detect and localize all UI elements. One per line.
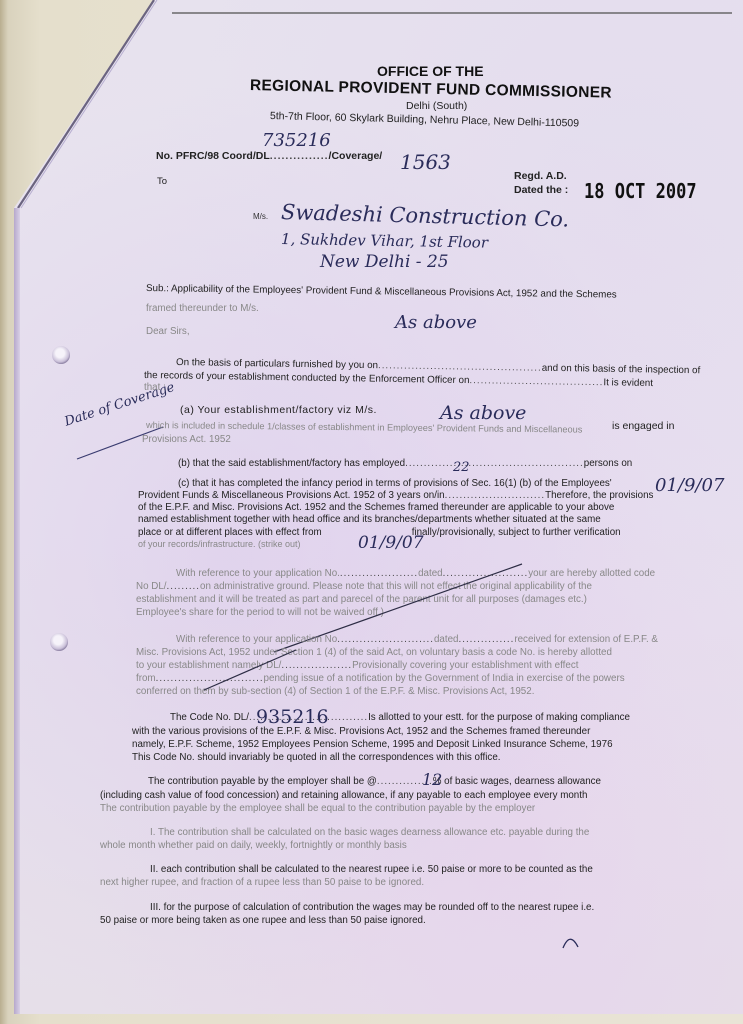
basis-text-2b: It is evident <box>603 377 653 389</box>
dated-label: Dated the : <box>514 184 568 196</box>
para-c-line6: of your records/infrastructure. (strike … <box>138 539 301 549</box>
reference-number: No. PFRC/98 Coord/DL.............../Cove… <box>156 150 382 162</box>
page-left-edge <box>14 208 20 1014</box>
para-a-line1b: is engaged in <box>612 420 674 432</box>
para-c-line1: (c) that it has completed the infancy pe… <box>178 478 612 489</box>
para-a-line3: Provisions Act. 1952 <box>142 434 231 445</box>
clause-ii-line1: II. each contribution shall be calculate… <box>150 864 593 875</box>
para-b-line1: (b) that the said establishment/factory … <box>178 458 632 469</box>
contrib-line2: (including cash value of food concession… <box>100 790 587 801</box>
pen-mark <box>560 933 584 951</box>
annotation-underline <box>75 425 165 465</box>
reference-prefix: No. PFRC/98 Coord/DL <box>156 150 270 162</box>
ms-prefix: M/s. <box>253 212 268 221</box>
para-b-employee-count: 22 <box>453 460 470 475</box>
strike-through-line-2 <box>200 646 300 696</box>
para-b-text: (b) that the said establishment/factory … <box>178 458 405 469</box>
to-label: To <box>157 176 167 187</box>
date-stamp: 18 OCT 2007 <box>584 180 697 204</box>
clause-iii-line2: 50 paise or more being taken as one rupe… <box>100 915 426 926</box>
para-c-text-2: Provident Funds & Miscellaneous Provisio… <box>138 490 445 501</box>
coverage-number-handwritten: 1563 <box>400 150 451 174</box>
contrib-text-1b: % of basic wages, dearness allowance <box>433 776 601 787</box>
contrib-line1: The contribution payable by the employer… <box>148 776 601 787</box>
ref2-dated: dated <box>434 634 459 645</box>
punch-hole-top <box>52 346 70 364</box>
para-b-date-handwritten: 01/9/07 <box>655 475 724 496</box>
ref2-text-4b: pending issue of a notification by the G… <box>264 673 625 684</box>
ref2-text-1b: received for extension of E.P.F. & <box>514 634 658 645</box>
basis-line3: that : <box>144 382 166 393</box>
coverage-label: /Coverage/ <box>329 150 383 162</box>
contrib-text-1: The contribution payable by the employer… <box>148 776 377 787</box>
addressee-address-line1: 1, Sukhdev Vihar, 1st Floor <box>281 230 488 252</box>
ref2-line5: conferred on them by sub-section (4) of … <box>136 686 534 697</box>
punch-hole-bottom <box>50 633 68 651</box>
code-text-1: The Code No. DL/ <box>170 712 249 723</box>
top-rule <box>172 12 732 14</box>
para-b-text-b: persons on <box>584 458 632 469</box>
ref1-text-1b: your are hereby allotted code <box>528 568 655 579</box>
greeting: Dear Sirs, <box>146 326 190 337</box>
para-a-line1: (a) Your establishment/factory viz M/s. <box>180 404 377 416</box>
subject-line2: framed thereunder to M/s. <box>146 303 259 314</box>
clause-i-line2: whole month whether paid on daily, weekl… <box>100 840 407 851</box>
para-c-line2: Provident Funds & Miscellaneous Provisio… <box>138 490 653 501</box>
regd-ad-label: Regd. A.D. <box>514 170 567 182</box>
dl-number-handwritten: 735216 <box>262 130 331 151</box>
para-c-line3: of the E.P.F. and Misc. Provisions Act. … <box>138 502 614 513</box>
letterhead-region: Delhi (South) <box>406 100 467 112</box>
ref2-text-4: from <box>136 673 156 684</box>
code-text-1b: Is allotted to your estt. for the purpos… <box>368 712 630 723</box>
clause-ii-line2: next higher rupee, and fraction of a rup… <box>100 877 424 888</box>
code-number-handwritten: 935216 <box>256 706 329 728</box>
para-c-date-handwritten: 01/9/07 <box>358 533 424 553</box>
addressee-address-line2: New Delhi - 25 <box>320 252 449 272</box>
ref2-text-3b: Provisionally covering your establishmen… <box>352 660 578 671</box>
contrib-rate-handwritten: 12 <box>422 770 442 789</box>
para-c-line4: named establishment together with head o… <box>138 514 601 525</box>
subject-handwritten: As above <box>395 312 477 333</box>
clause-iii-line1: III. for the purpose of calculation of c… <box>150 902 594 913</box>
code-line3: namely, E.P.F. Scheme, 1952 Employees Pe… <box>132 739 613 750</box>
code-line1: The Code No. DL/........................… <box>170 712 630 723</box>
para-c-text-5: place or at different places with effect… <box>138 527 322 538</box>
code-line4: This Code No. should invariably be quote… <box>132 752 501 763</box>
letterhead-office: OFFICE OF THE <box>377 63 484 79</box>
ref1-text-2: No DL/ <box>136 581 167 592</box>
para-a-handwritten: As above <box>440 402 526 424</box>
ref2-line1: With reference to your application No...… <box>176 634 658 645</box>
para-c-text-2b: Therefore, the provisions <box>545 490 653 501</box>
contrib-line3: The contribution payable by the employee… <box>100 803 535 814</box>
code-line2: with the various provisions of the E.P.F… <box>132 726 590 737</box>
clause-i-line1: I. The contribution shall be calculated … <box>150 827 589 838</box>
ref2-text-1: With reference to your application No <box>176 634 337 645</box>
para-c-text-5b: finally/provisionally, subject to furthe… <box>412 527 621 538</box>
